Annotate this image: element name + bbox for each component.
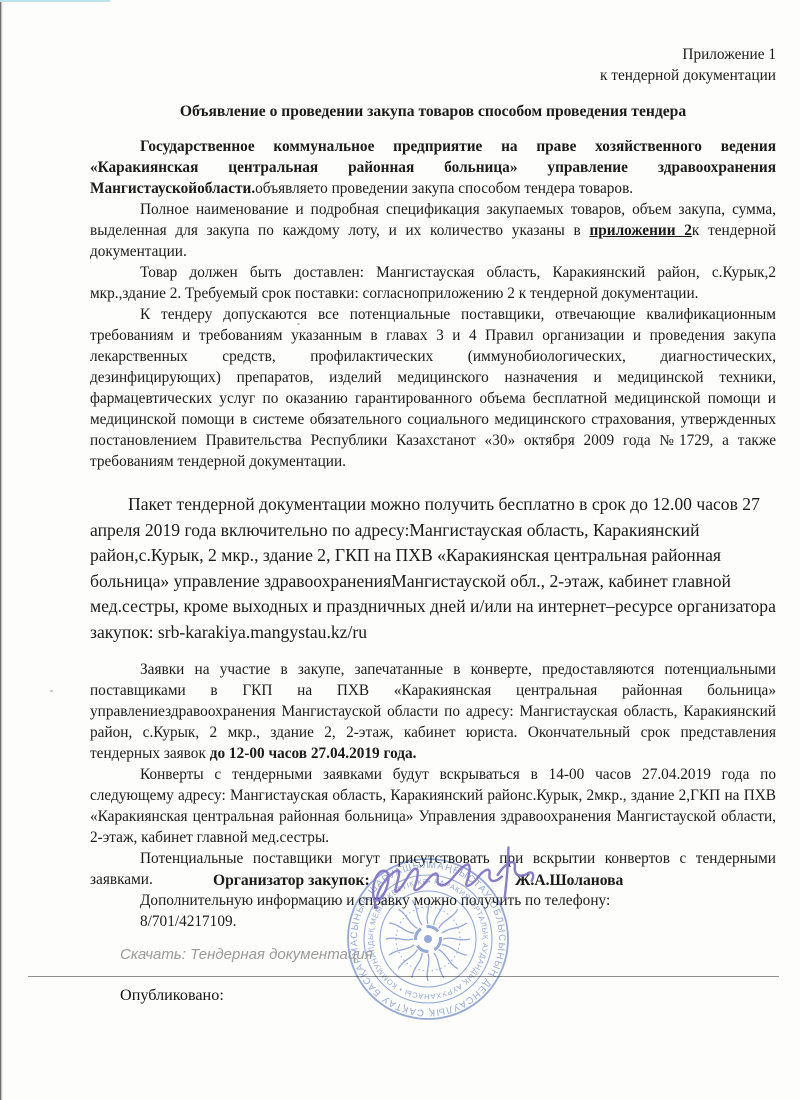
download-label: Скачать:: [120, 946, 190, 963]
paragraph-envelopes: Конверты с тендерными заявками будут вск…: [90, 764, 776, 848]
paragraph-applications: Заявки на участие в закупе, запечатанные…: [90, 659, 776, 764]
download-row: Скачать: Тендерная документация: [120, 946, 373, 963]
published-label: Опубликовано:: [120, 986, 224, 1005]
appendix-line-2: к тендерной документации: [90, 65, 776, 86]
paragraph-specification: Полное наименование и подробная специфик…: [90, 199, 776, 262]
org-rest: объявляето проведении закупа способом те…: [255, 180, 633, 197]
scan-artifact-corner: [0, 0, 110, 2]
stamp-center-dot: [424, 935, 432, 943]
document-content: Приложение 1 к тендерной документации Об…: [90, 44, 776, 932]
page-title: Объявление о проведении закупа товаров с…: [90, 101, 776, 122]
paragraph-delivery: Товар должен быть доставлен: Мангистауск…: [90, 262, 776, 304]
scan-speckle: [50, 690, 53, 692]
paragraph-requirements: К тендеру допускаются все потенциальные …: [90, 304, 776, 472]
tender-documentation-link[interactable]: Тендерная документация: [190, 946, 373, 963]
applications-text: Заявки на участие в закупе, запечатанные…: [90, 661, 776, 762]
appendix-line-1: Приложение 1: [90, 44, 776, 65]
scan-artifact-left-edge: [0, 0, 3, 1100]
paragraph-org: Государственное коммунальное предприятие…: [90, 136, 776, 199]
appendix2-emphasis: приложении 2: [589, 222, 691, 239]
paragraph-package: Пакет тендерной документации можно получ…: [90, 492, 776, 645]
appendix-note: Приложение 1 к тендерной документации: [90, 44, 776, 86]
document-page: Приложение 1 к тендерной документации Об…: [0, 0, 800, 1100]
deadline-bold: до 12-00 часов 27.04.2019 года.: [210, 745, 417, 762]
